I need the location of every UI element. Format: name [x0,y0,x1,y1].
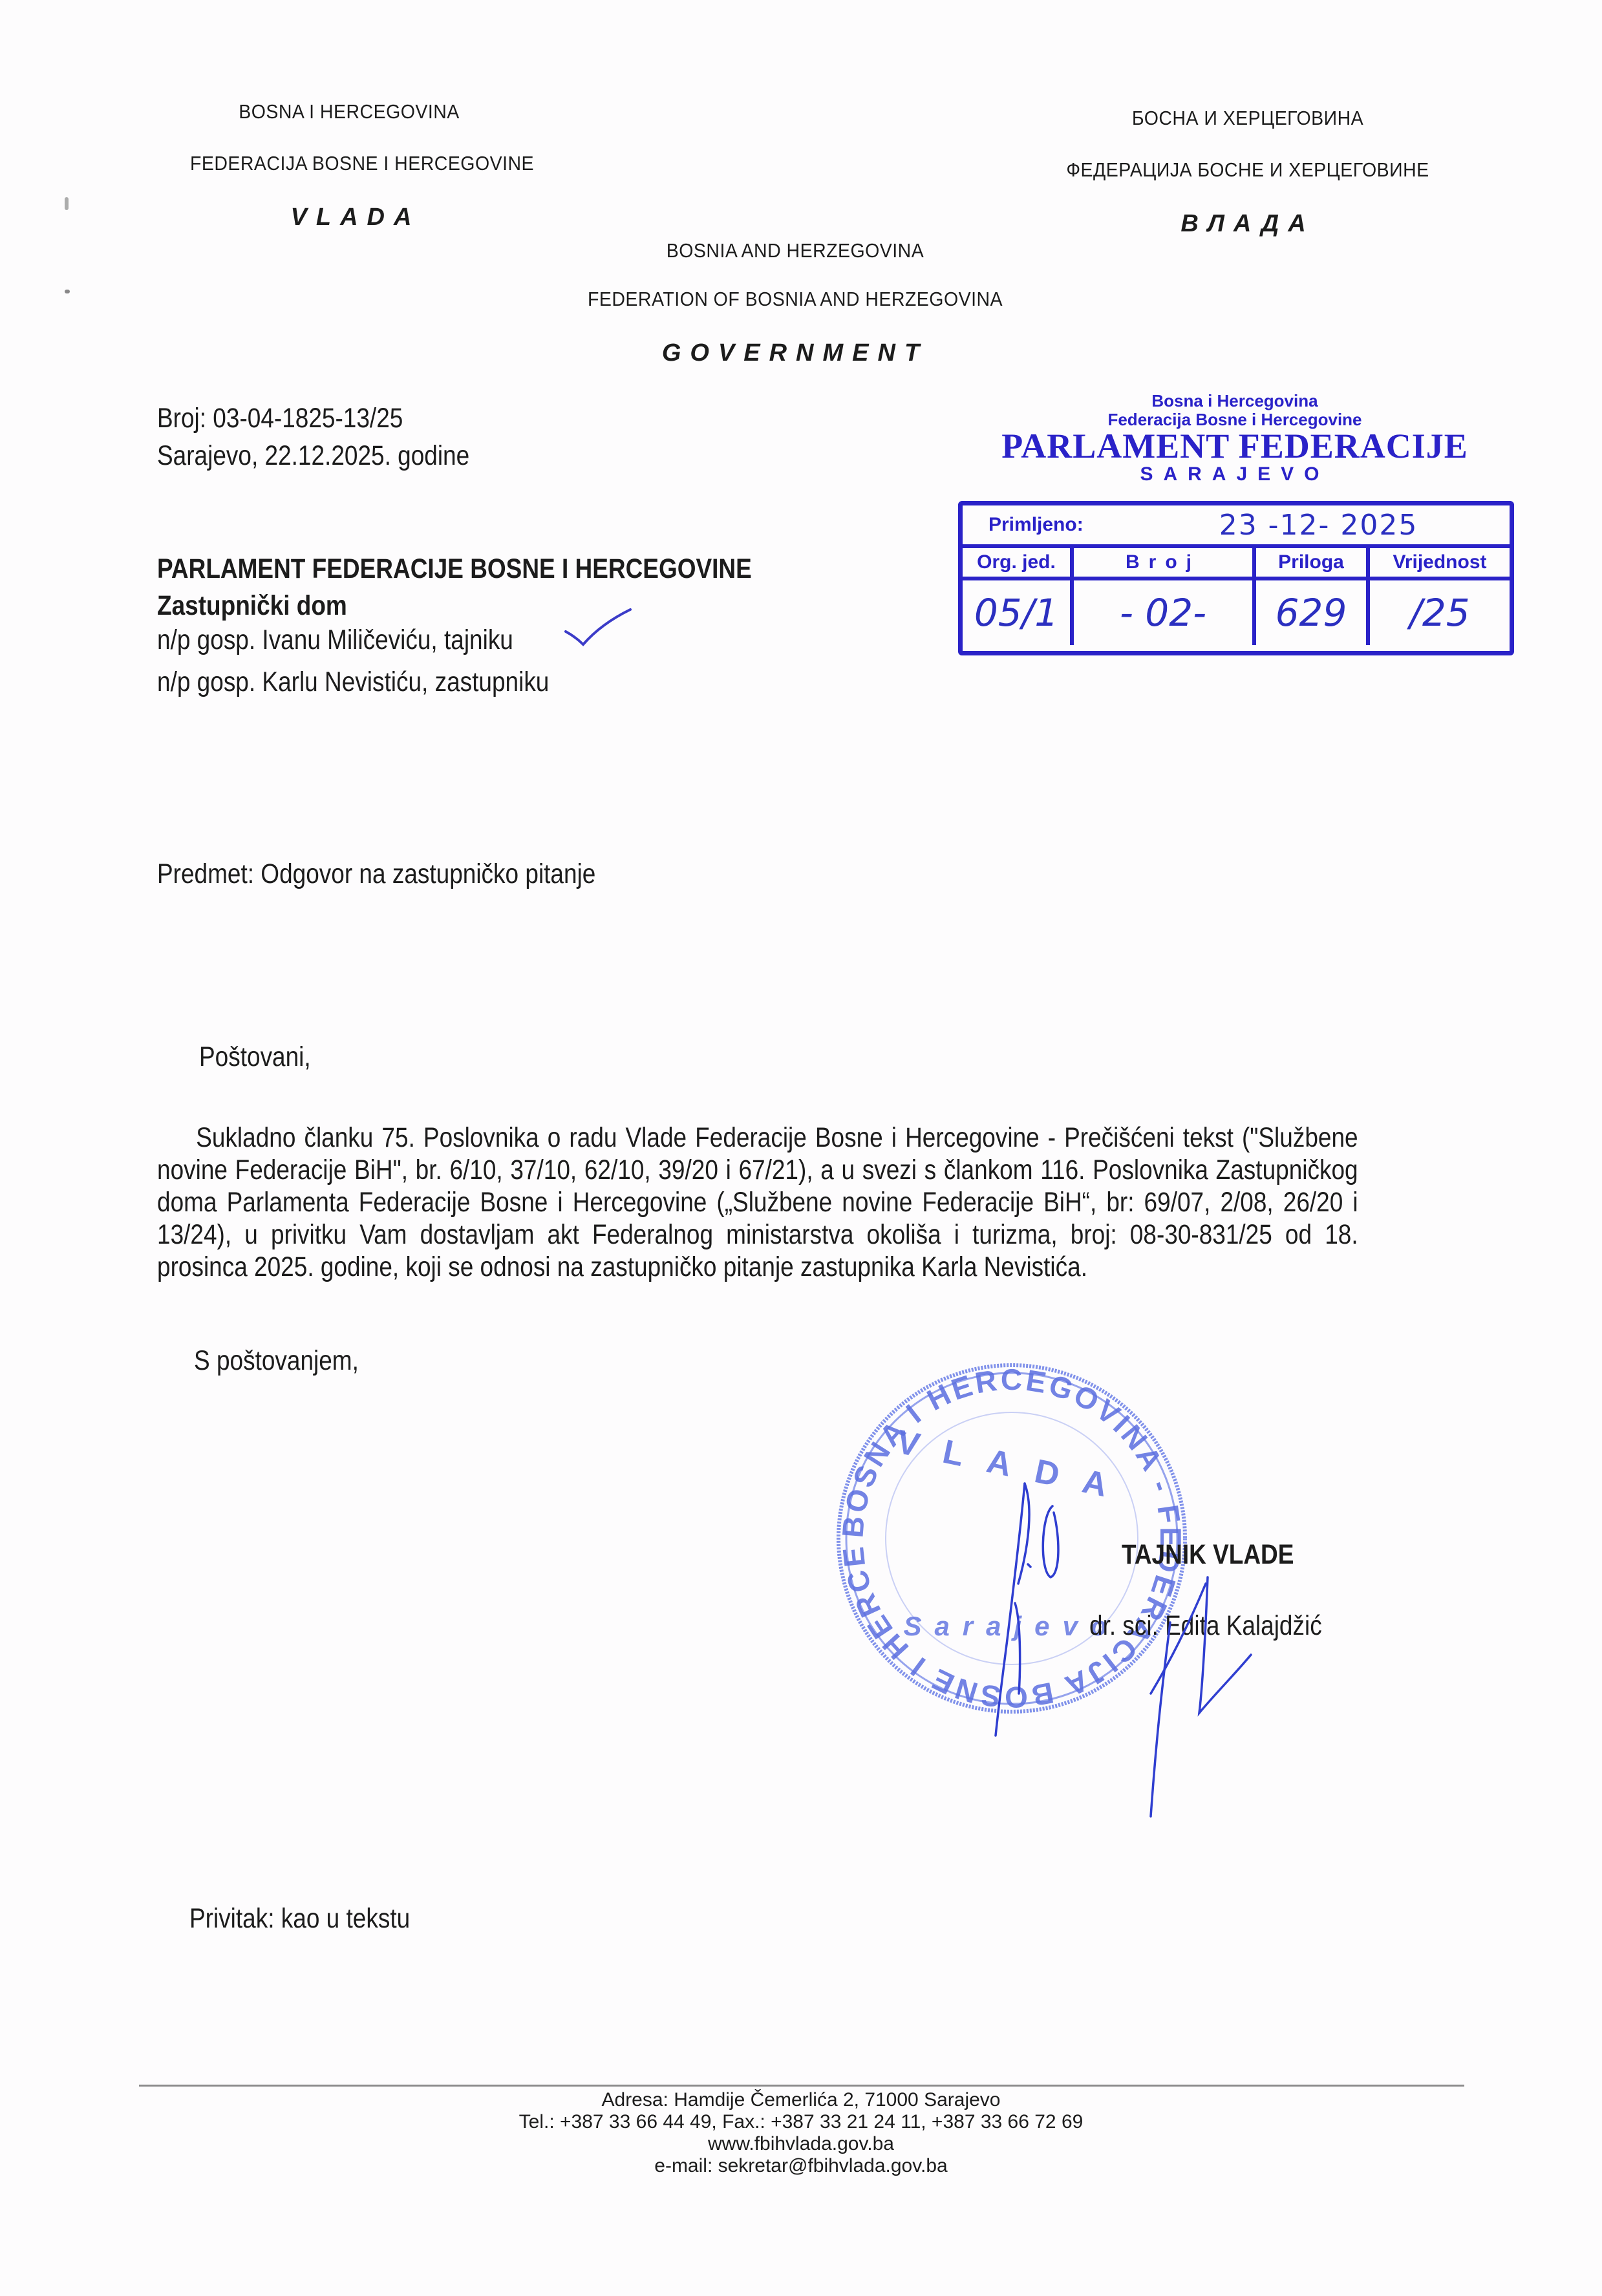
letterhead-left-title-wrap: VLADA [259,204,453,231]
salutation: Poštovani, [199,1041,311,1073]
scan-speck [65,290,70,293]
stamp-col-attachments-label: Priloga [1278,551,1344,573]
body-paragraph: Sukladno članku 75. Poslovnika o radu Vl… [157,1121,1358,1283]
handwritten-signature [957,1480,1254,1829]
letterhead-left-federation: FEDERACIJA BOSNE I HERCEGOVINE [154,152,570,175]
stamp-col-value-label: Vrijednost [1393,551,1486,573]
letterhead-center-country: BOSNIA AND HERZEGOVINA [599,239,991,262]
scan-speck [65,197,69,210]
footer-address: Adresa: Hamdije Čemerlića 2, 71000 Saraj… [0,2089,1602,2111]
letterhead-center: BOSNIA AND HERZEGOVINA [582,239,1009,262]
footer-phones: Tel.: +387 33 66 44 49, Fax.: +387 33 21… [0,2111,1602,2133]
stamp-val-org: 05/1 [963,580,1074,645]
footer: Adresa: Hamdije Čemerlića 2, 71000 Saraj… [0,2089,1602,2177]
letterhead-left-title: VLADA [259,204,453,231]
recipient-attn-secretary: n/p gosp. Ivanu Miličeviću, tajniku [157,624,513,656]
recipient-attn-representative: n/p gosp. Karlu Nevistiću, zastupniku [157,666,549,698]
stamp-received-cell: Primljeno: 23 -12- 2025 [963,505,1510,544]
letterhead-right-title: ВЛАДА [1151,210,1345,238]
stamp-val-number: - 02- [1074,580,1256,645]
stamp-city: SARAJEVO [957,463,1513,485]
stamp-table: Primljeno: 23 -12- 2025 Org. jed. Broj P… [958,501,1514,655]
letterhead-left-federation-wrap: FEDERACIJA BOSNE I HERCEGOVINE [136,152,588,175]
letterhead-left: BOSNA I HERCEGOVINA [149,100,550,123]
footer-email[interactable]: e-mail: sekretar@fbihvlada.gov.ba [0,2155,1602,2177]
stamp-val-value-text: /25 [1409,591,1469,635]
recipient-institution: PARLAMENT FEDERACIJE BOSNE I HERCEGOVINE [157,553,752,585]
attachment-note: Privitak: kao u tekstu [189,1902,410,1935]
stamp-val-attachments: 629 [1256,580,1370,645]
stamp-col-number: Broj [1074,548,1256,577]
letterhead-right-country: БОСНА И ХЕРЦЕГОВИНА [1069,107,1426,130]
footer-website[interactable]: www.fbihvlada.gov.ba [0,2133,1602,2155]
letterhead-left-country: BOSNA I HERCEGOVINA [165,100,533,123]
recipient-house: Zastupnički dom [157,590,347,622]
stamp-val-org-text: 05/1 [974,591,1058,635]
stamp-received-row: Primljeno: 23 -12- 2025 [963,505,1510,548]
closing: S poštovanjem, [194,1345,359,1377]
stamp-received-label: Primljeno: [988,514,1084,536]
letterhead-center-federation-wrap: FEDERATION OF BOSNIA AND HERZEGOVINA [530,288,1060,311]
stamp-header-row: Org. jed. Broj Priloga Vrijednost [963,548,1510,580]
stamp-col-number-label: Broj [1126,551,1201,573]
letterhead-right-federation-wrap: ФЕДЕРАЦИЈА БОСНЕ И ХЕРЦЕГОВИНЕ [1015,158,1480,182]
stamp-col-attachments: Priloga [1256,548,1370,577]
letterhead-center-title-wrap: GOVERNMENT [601,339,989,367]
stamp-col-value: Vrijednost [1370,548,1510,577]
stamp-received-date: 23 -12- 2025 [1219,509,1418,542]
stamp-country: Bosna i Hercegovina [957,391,1513,411]
parliament-receipt-stamp: Bosna i Hercegovina Federacija Bosne i H… [957,391,1513,485]
letterhead-right-title-wrap: ВЛАДА [1151,210,1345,238]
subject-line: Predmet: Odgovor na zastupničko pitanje [157,858,595,890]
stamp-parliament: PARLAMENT FEDERACIJE [957,430,1513,462]
stamp-val-attachments-text: 629 [1276,591,1347,635]
stamp-val-number-text: - 02- [1120,591,1206,635]
letterhead-right-federation: ФЕДЕРАЦИЈА БОСНЕ И ХЕРЦЕГОВИНЕ [1034,158,1462,182]
stamp-col-org: Org. jed. [963,548,1074,577]
body-text: Sukladno članku 75. Poslovnika o radu Vl… [157,1122,1358,1282]
reference-place-date: Sarajevo, 22.12.2025. godine [157,440,469,472]
stamp-val-value: /25 [1370,580,1510,645]
letterhead-center-title: GOVERNMENT [601,339,989,367]
checkmark-icon [562,604,634,650]
letterhead-right: БОСНА И ХЕРЦЕГОВИНА [1054,107,1442,130]
stamp-values-row: 05/1 - 02- 629 /25 [963,580,1510,645]
letterhead-center-federation: FEDERATION OF BOSNIA AND HERZEGOVINA [551,288,1039,311]
footer-divider [139,2085,1464,2087]
stamp-col-org-label: Org. jed. [977,551,1056,573]
reference-number: Broj: 03-04-1825-13/25 [157,402,403,434]
